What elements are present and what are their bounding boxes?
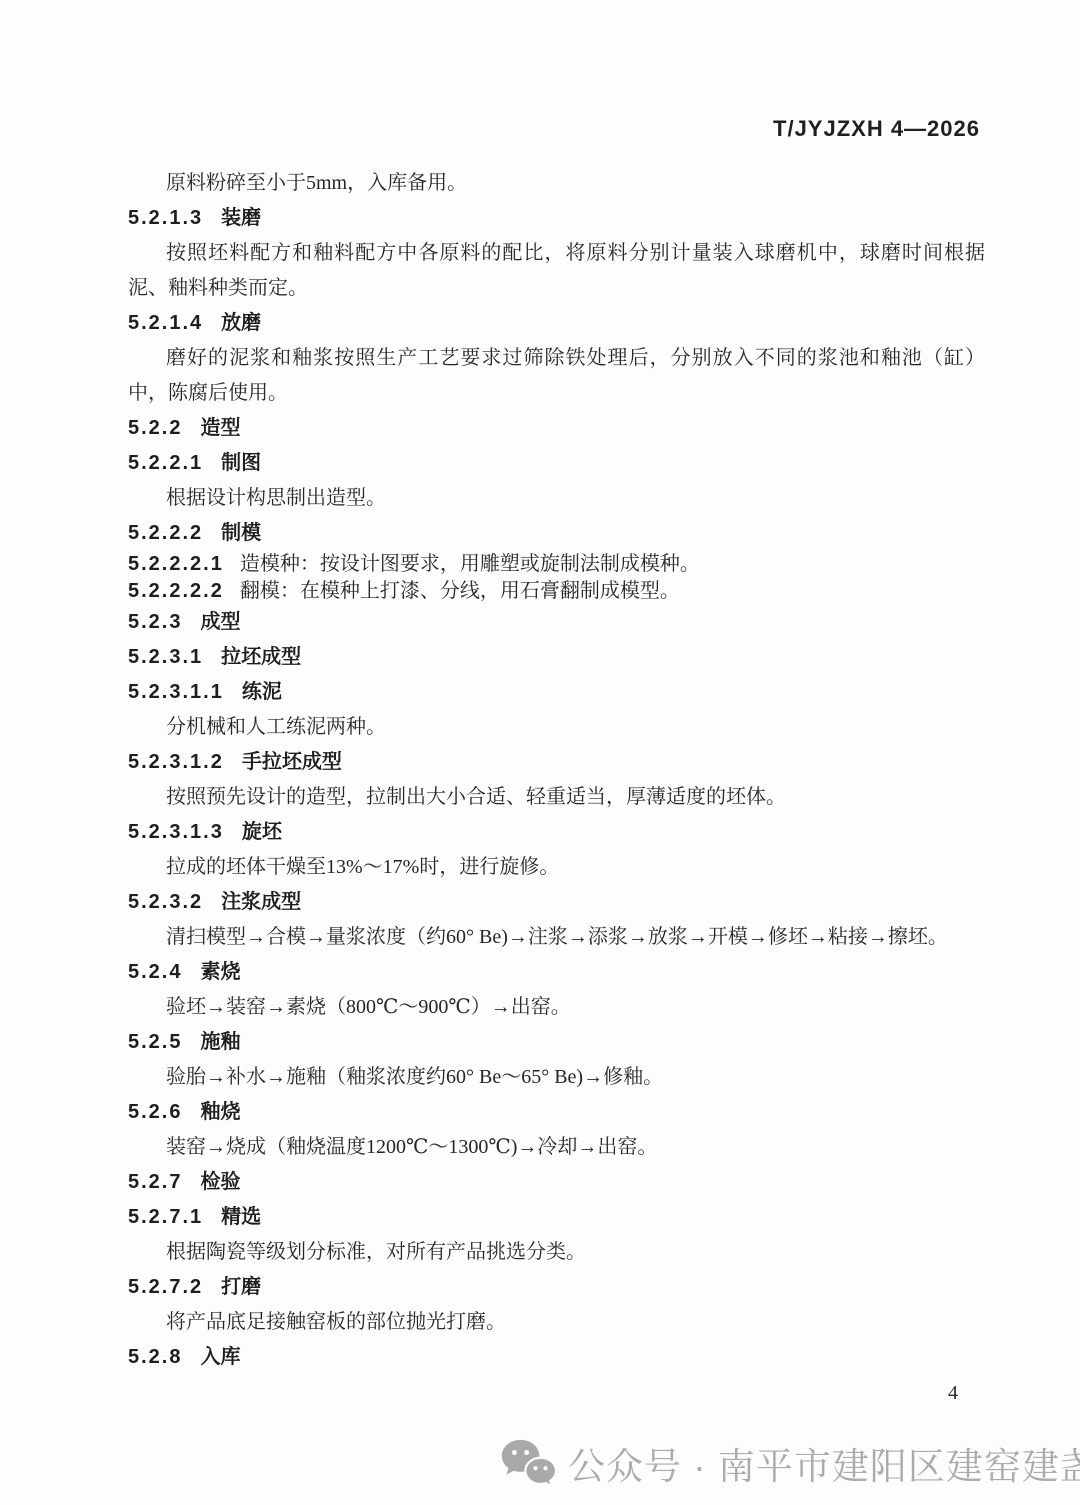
section-heading: 5.2.1.4放磨 [128, 306, 985, 341]
clause-number: 5.2.2.2.2 [128, 580, 224, 602]
clause-number: 5.2.2.2.1 [128, 553, 224, 575]
section-number: 5.2.1.4 [128, 312, 203, 334]
section-number: 5.2.3.1.3 [128, 821, 224, 843]
clause-text: 造模种：按设计图要求，用雕塑或旋制法制成模种。 [240, 553, 700, 575]
paragraph: 按照预先设计的造型，拉制出大小合适、轻重适当，厚薄适度的坯体。 [128, 780, 985, 815]
section-heading: 5.2.6釉烧 [128, 1095, 985, 1130]
paragraph: 分机械和人工练泥两种。 [128, 710, 985, 745]
section-number: 5.2.7 [128, 1171, 182, 1193]
clause-line: 5.2.2.2.1造模种：按设计图要求，用雕塑或旋制法制成模种。 [128, 551, 985, 578]
section-title: 制图 [221, 452, 261, 474]
section-number: 5.2.3 [128, 611, 182, 633]
section-heading: 5.2.5施釉 [128, 1025, 985, 1060]
clause-line: 5.2.2.2.2翻模：在模种上打漆、分线，用石膏翻制成模型。 [128, 578, 985, 605]
paragraph: 清扫模型→合模→量浆浓度（约60° Be)→注浆→添浆→放浆→开模→修坯→粘接→… [128, 920, 985, 955]
section-heading: 5.2.3成型 [128, 605, 985, 640]
section-heading: 5.2.4素烧 [128, 955, 985, 990]
section-title: 打磨 [221, 1276, 261, 1298]
document-page: T/JYJZXH 4—2026 原料粉碎至小于5mm，入库备用。 5.2.1.3… [0, 0, 1080, 1505]
section-title: 制模 [221, 522, 261, 544]
section-number: 5.2.3.1.1 [128, 681, 224, 703]
section-title: 放磨 [221, 312, 261, 334]
section-heading: 5.2.3.1.3旋坯 [128, 815, 985, 850]
section-title: 精选 [221, 1206, 261, 1228]
section-title: 手拉坯成型 [242, 751, 342, 773]
paragraph: 拉成的坯体干燥至13%～17%时，进行旋修。 [128, 850, 985, 885]
section-heading: 5.2.3.2注浆成型 [128, 885, 985, 920]
section-title: 成型 [200, 611, 240, 633]
paragraph: 验坯→装窑→素烧（800℃～900℃）→出窑。 [128, 990, 985, 1025]
paragraph: 根据陶瓷等级划分标准，对所有产品挑选分类。 [128, 1235, 985, 1270]
section-heading: 5.2.8入库 [128, 1340, 985, 1375]
doc-code-header: T/JYJZXH 4—2026 [0, 0, 1080, 142]
section-title: 釉烧 [200, 1101, 240, 1123]
section-heading: 5.2.1.3装磨 [128, 201, 985, 236]
section-heading: 5.2.3.1.2手拉坯成型 [128, 745, 985, 780]
section-title: 施釉 [200, 1031, 240, 1053]
section-number: 5.2.2.1 [128, 452, 203, 474]
section-heading: 5.2.3.1拉坯成型 [128, 640, 985, 675]
section-number: 5.2.2 [128, 417, 182, 439]
paragraph: 原料粉碎至小于5mm，入库备用。 [128, 166, 985, 201]
section-heading: 5.2.2.1制图 [128, 446, 985, 481]
document-body: 原料粉碎至小于5mm，入库备用。 5.2.1.3装磨 按照坯料配方和釉料配方中各… [0, 166, 1080, 1375]
section-title: 装磨 [221, 207, 261, 229]
section-heading: 5.2.7.2打磨 [128, 1270, 985, 1305]
section-heading: 5.2.2造型 [128, 411, 985, 446]
wechat-icon [500, 1438, 556, 1488]
section-title: 造型 [200, 417, 240, 439]
page-number: 4 [948, 1382, 958, 1405]
paragraph: 验胎→补水→施釉（釉浆浓度约60° Be～65° Be)→修釉。 [128, 1060, 985, 1095]
paragraph: 装窑→烧成（釉烧温度1200℃～1300℃)→冷却→出窑。 [128, 1130, 985, 1165]
section-number: 5.2.4 [128, 961, 182, 983]
paragraph: 按照坯料配方和釉料配方中各原料的配比，将原料分别计量装入球磨机中，球磨时间根据泥… [128, 236, 985, 306]
section-title: 入库 [200, 1346, 240, 1368]
paragraph: 将产品底足接触窑板的部位抛光打磨。 [128, 1305, 985, 1340]
section-title: 注浆成型 [221, 891, 301, 913]
section-number: 5.2.3.1 [128, 646, 203, 668]
section-heading: 5.2.3.1.1练泥 [128, 675, 985, 710]
section-title: 素烧 [200, 961, 240, 983]
section-number: 5.2.7.1 [128, 1206, 203, 1228]
paragraph: 根据设计构思制出造型。 [128, 481, 985, 516]
section-number: 5.2.5 [128, 1031, 182, 1053]
paragraph: 磨好的泥浆和釉浆按照生产工艺要求过筛除铁处理后，分别放入不同的浆池和釉池（缸）中… [128, 341, 985, 411]
section-title: 检验 [200, 1171, 240, 1193]
section-number: 5.2.3.1.2 [128, 751, 224, 773]
section-number: 5.2.3.2 [128, 891, 203, 913]
section-heading: 5.2.2.2制模 [128, 516, 985, 551]
section-number: 5.2.8 [128, 1346, 182, 1368]
watermark-text: 公众号 · 南平市建阳区建窑建盏协会 [568, 1436, 1080, 1490]
section-title: 练泥 [242, 681, 282, 703]
footer-watermark: 公众号 · 南平市建阳区建窑建盏协会 [500, 1436, 1080, 1490]
section-title: 拉坯成型 [221, 646, 301, 668]
clause-text: 翻模：在模种上打漆、分线，用石膏翻制成模型。 [240, 580, 680, 602]
section-number: 5.2.7.2 [128, 1276, 203, 1298]
section-title: 旋坯 [242, 821, 282, 843]
section-number: 5.2.2.2 [128, 522, 203, 544]
section-heading: 5.2.7检验 [128, 1165, 985, 1200]
section-number: 5.2.6 [128, 1101, 182, 1123]
section-heading: 5.2.7.1精选 [128, 1200, 985, 1235]
section-number: 5.2.1.3 [128, 207, 203, 229]
